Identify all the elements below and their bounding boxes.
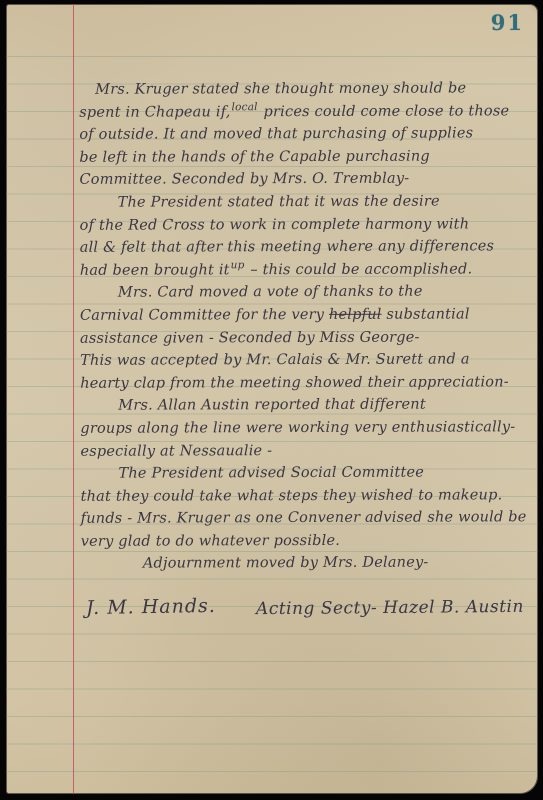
handwriting-segment: This was accepted by Mr. Calais & Mr. Su… (80, 352, 470, 369)
manuscript-line: Carnival Committee for the very helpful … (80, 303, 528, 327)
handwriting-segment: Adjournment moved by Mrs. Delaney- (143, 555, 429, 572)
handwriting-segment: substantial (382, 306, 470, 322)
manuscript-line: especially at Nessaualie - (80, 439, 528, 463)
handwriting-segment: The President advised Social Committee (118, 465, 424, 482)
handwriting-segment: Mrs. Allan Austin reported that differen… (118, 397, 426, 414)
manuscript-line: Mrs. Allan Austin reported that differen… (80, 394, 528, 418)
page-number: 91 (491, 10, 524, 35)
manuscript-line: funds - Mrs. Kruger as one Convener advi… (81, 506, 529, 530)
handwriting-segment: that they could take what steps they wis… (81, 487, 503, 504)
manuscript-line: of outside. It and moved that purchasing… (79, 122, 527, 146)
handwriting-segment: Mrs. Card moved a vote of thanks to the (118, 284, 423, 301)
notebook-page: 91 Mrs. Kruger stated she thought money … (6, 4, 538, 794)
manuscript-line: had been brought itup – this could be ac… (80, 258, 528, 282)
handwriting-segment: The President stated that it was the des… (118, 193, 440, 210)
handwriting-segment: especially at Nessaualie - (80, 443, 272, 460)
manuscript-line: very glad to do whatever possible. (81, 529, 529, 553)
signature-row: J. M. Hands. Acting Secty- Hazel B. Aust… (86, 596, 524, 618)
handwriting-segment: Carnival Committee for the very (80, 307, 329, 324)
manuscript-line: hearty clap from the meeting showed thei… (80, 371, 528, 395)
manuscript-line: Committee. Seconded by Mrs. O. Tremblay- (79, 168, 527, 192)
manuscript-line: The President stated that it was the des… (80, 190, 528, 214)
manuscript-line: Mrs. Kruger stated she thought money sho… (79, 77, 527, 101)
handwriting-segment: funds - Mrs. Kruger as one Convener advi… (81, 510, 527, 528)
handwriting-segment: be left in the hands of the Capable purc… (79, 148, 430, 165)
handwriting-segment: very glad to do whatever possible. (81, 533, 340, 550)
handwriting-segment: had been brought it (80, 262, 230, 279)
manuscript-line: spent in Chapeau if,local prices could c… (79, 100, 527, 124)
manuscript-line: be left in the hands of the Capable purc… (79, 145, 527, 169)
handwriting-segment: groups along the line were working very … (80, 419, 515, 437)
handwriting-segment: Committee. Seconded by Mrs. O. Tremblay- (79, 171, 409, 188)
handwriting-segment: assistance given - Seconded by Miss Geor… (80, 329, 420, 346)
handwriting-segment: of outside. It and moved that purchasing… (79, 126, 473, 143)
manuscript-line: assistance given - Seconded by Miss Geor… (80, 326, 528, 350)
manuscript-line: that they could take what steps they wis… (81, 484, 529, 508)
handwriting-segment: Mrs. Kruger stated she thought money sho… (95, 80, 466, 97)
handwriting-segment: hearty clap from the meeting showed thei… (80, 374, 509, 391)
red-margin-line (73, 4, 74, 794)
manuscript-line: groups along the line were working very … (80, 416, 528, 440)
handwriting-segment: spent in Chapeau if, (79, 104, 230, 121)
manuscript-line: Adjournment moved by Mrs. Delaney- (81, 552, 529, 576)
handwritten-minutes: Mrs. Kruger stated she thought money sho… (79, 77, 529, 576)
signature-president: J. M. Hands. (86, 595, 216, 619)
manuscript-line: The President advised Social Committee (80, 461, 528, 485)
handwriting-segment: prices could come close to those (259, 103, 510, 120)
handwriting-segment: – this could be accomplished. (246, 261, 473, 278)
manuscript-line: Mrs. Card moved a vote of thanks to the (80, 281, 528, 305)
manuscript-line: This was accepted by Mr. Calais & Mr. Su… (80, 348, 528, 372)
manuscript-line: of the Red Cross to work in complete har… (80, 213, 528, 237)
manuscript-line: all & felt that after this meeting where… (80, 235, 528, 259)
struck-word: helpful (329, 307, 382, 323)
handwriting-segment: all & felt that after this meeting where… (80, 238, 494, 255)
handwriting-segment: of the Red Cross to work in complete har… (80, 216, 470, 233)
signature-acting-secretary: Acting Secty- Hazel B. Austin (256, 597, 524, 619)
